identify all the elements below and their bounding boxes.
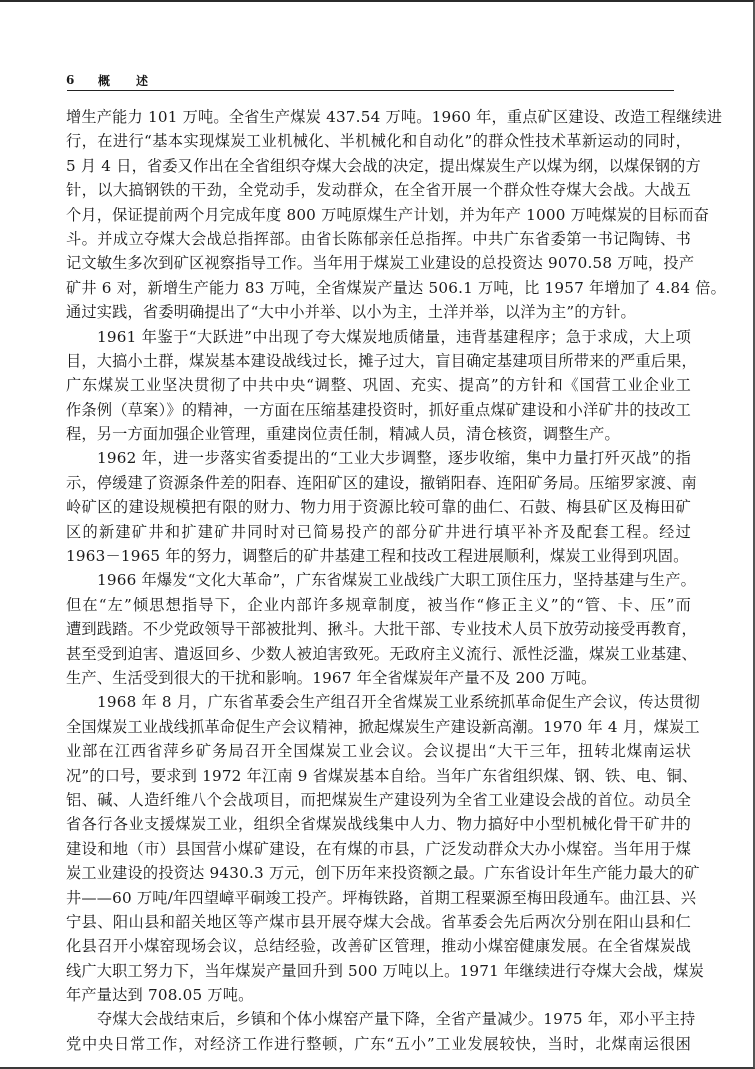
text-line: 5 月 4 日，省委又作出在全省组织夺煤大会战的决定，提出煤炭生产以煤为纲，以煤… <box>66 154 691 178</box>
text-line: 岭矿区的建设规模把有限的财力、物力用于资源比较可靠的曲仁、石鼓、梅县矿区及梅田矿 <box>66 495 691 519</box>
paragraph: 增生产能力 101 万吨。全省生产煤炭 437.54 万吨。1960 年，重点矿… <box>66 105 691 325</box>
text-line: 1966 年爆发“文化大革命”，广东省煤炭工业战线广大职工顶住压力，坚持基建与生… <box>66 568 691 592</box>
text-line: 目，大搞小土群，煤炭基本建设战线过长，摊子过大，盲目确定基建项目所带来的严重后果… <box>66 349 691 373</box>
paragraph: 1961 年鉴于“大跃进”中出现了夸大煤炭地质储量，违背基建程序；急于求成，大上… <box>66 325 691 447</box>
document-page: 6 概 述 增生产能力 101 万吨。全省生产煤炭 437.54 万吨。1960… <box>0 0 755 1069</box>
text-line: 遭到践踏。不少党政领导干部被批判、揪斗。大批干部、专业技术人员下放劳动接受再教育… <box>66 617 691 641</box>
text-line: 炭工业建设的投资达 9430.3 万元，创下历年来投资额之最。广东省设计年生产能… <box>66 861 691 885</box>
text-line: 宁县、阳山县和韶关地区等产煤市县开展夺煤大会战。省革委会先后两次分别在阳山县和仁 <box>66 910 691 934</box>
text-line: 全国煤炭工业战线抓革命促生产会议精神，掀起煤炭生产建设新高潮。1970 年 4 … <box>66 715 691 739</box>
text-line: 年产量达到 708.05 万吨。 <box>66 983 691 1007</box>
body-text: 增生产能力 101 万吨。全省生产煤炭 437.54 万吨。1960 年，重点矿… <box>66 105 691 1056</box>
text-line: 1961 年鉴于“大跃进”中出现了夸大煤炭地质储量，违背基建程序；急于求成，大上… <box>66 325 691 349</box>
text-line: 记文敏生多次到矿区视察指导工作。当年用于煤炭工业建设的总投资达 9070.58 … <box>66 251 691 275</box>
text-line: 行，在进行“基本实现煤炭工业机械化、半机械化和自动化”的群众性技术革新运动的同时… <box>66 129 691 153</box>
header-rule <box>67 90 674 91</box>
text-line: 建设和地（市）县国营小煤矿建设，在有煤的市县，广泛发动群众大办小煤窑。当年用于煤 <box>66 837 691 861</box>
text-line: 夺煤大会战结束后，乡镇和个体小煤窑产量下降，全省产量减少。1975 年，邓小平主… <box>66 1007 691 1031</box>
text-line: 广东煤炭工业坚决贯彻了中共中央“调整、巩固、充实、提高”的方针和《国营工业企业工 <box>66 373 691 397</box>
text-line: 区的新建矿井和扩建矿井同时对已简易投产的部分矿井进行填平补齐及配套工程。经过 <box>66 520 691 544</box>
text-line: 业部在江西省萍乡矿务局召开全国煤炭工业会议。会议提出“大干三年，扭转北煤南运状 <box>66 739 691 763</box>
paragraph: 夺煤大会战结束后，乡镇和个体小煤窑产量下降，全省产量减少。1975 年，邓小平主… <box>66 1007 691 1056</box>
text-line: 增生产能力 101 万吨。全省生产煤炭 437.54 万吨。1960 年，重点矿… <box>66 105 691 129</box>
text-line: 况”的口号，要求到 1972 年江南 9 省煤炭基本自给。当年广东省组织煤、钢、… <box>66 764 691 788</box>
chapter-title-char: 概 <box>98 72 110 89</box>
text-line: 铝、碱、人造纤维八个会战项目，而把煤炭生产建设列为全省工业建设会战的首位。动员全 <box>66 788 691 812</box>
text-line: 党中央日常工作，对经济工作进行整顿，广东“五小”工业发展较快，当时，北煤南运很困 <box>66 1032 691 1056</box>
text-line: 针，以大搞钢铁的干劲，全党动手，发动群众，在全省开展一个群众性夺煤大会战。大战五 <box>66 178 691 202</box>
chapter-title-char: 述 <box>136 72 148 89</box>
text-line: 1962 年，进一步落实省委提出的“工业大步调整，逐步收缩，集中力量打歼灭战”的… <box>66 446 691 470</box>
text-line: 程，另一方面加强企业管理，重建岗位责任制，精减人员，清仓核资，调整生产。 <box>66 422 691 446</box>
text-line: 1968 年 8 月，广东省革委会生产组召开全省煤炭工业系统抓革命促生产会议，传… <box>66 690 691 714</box>
text-line: 省各行各业支援煤炭工业，组织全省煤炭战线集中人力、物力搞好中小型机械化骨干矿井的 <box>66 812 691 836</box>
text-line: 井——60 万吨/年四望嶂平硐竣工投产。坪梅铁路，首期工程粟源至梅田段通车。曲江… <box>66 886 691 910</box>
text-line: 1963－1965 年的努力，调整后的矿井基建工程和技改工程进展顺利，煤炭工业得… <box>66 544 691 568</box>
page-number: 6 <box>66 73 98 87</box>
text-line: 通过实践，省委明确提出了“大中小并举、以小为主，土洋并举，以洋为主”的方针。 <box>66 300 691 324</box>
text-line: 个月，保证提前两个月完成年度 800 万吨原煤生产计划，并为年产 1000 万吨… <box>66 203 691 227</box>
paragraph: 1968 年 8 月，广东省革委会生产组召开全省煤炭工业系统抓革命促生产会议，传… <box>66 690 691 1007</box>
paragraph: 1966 年爆发“文化大革命”，广东省煤炭工业战线广大职工顶住压力，坚持基建与生… <box>66 568 691 690</box>
text-line: 线广大职工努力下，当年煤炭产量回升到 500 万吨以上。1971 年继续进行夺煤… <box>66 959 691 983</box>
text-line: 斗。并成立夺煤大会战总指挥部。由省长陈郁亲任总指挥。中共广东省委第一书记陶铸、书 <box>66 227 691 251</box>
text-line: 但在“左”倾思想指导下，企业内部许多规章制度，被当作“修正主义”的“管、卡、压”… <box>66 593 691 617</box>
running-head: 6 概 述 <box>66 72 174 88</box>
text-line: 作条例（草案）》的精神，一方面在压缩基建投资时，抓好重点煤矿建设和小洋矿井的技改… <box>66 398 691 422</box>
text-line: 化县召开小煤窑现场会议，总结经验，改善矿区管理，推动小煤窑健康发展。在全省煤炭战 <box>66 934 691 958</box>
text-line: 甚至受到迫害、遣返回乡、少数人被迫害致死。无政府主义流行、派性泛滥，煤炭工业基建… <box>66 642 691 666</box>
text-line: 矿井 6 对，新增生产能力 83 万吨，全省煤炭产量达 506.1 万吨，比 1… <box>66 276 691 300</box>
paragraph: 1962 年，进一步落实省委提出的“工业大步调整，逐步收缩，集中力量打歼灭战”的… <box>66 446 691 568</box>
text-line: 生产、生活受到很大的干扰和影响。1967 年全省煤炭年产量不及 200 万吨。 <box>66 666 691 690</box>
text-line: 示，停缓建了资源条件差的阳春、连阳矿区的建设，撤销阳春、连阳矿务局。压缩罗家渡、… <box>66 471 691 495</box>
